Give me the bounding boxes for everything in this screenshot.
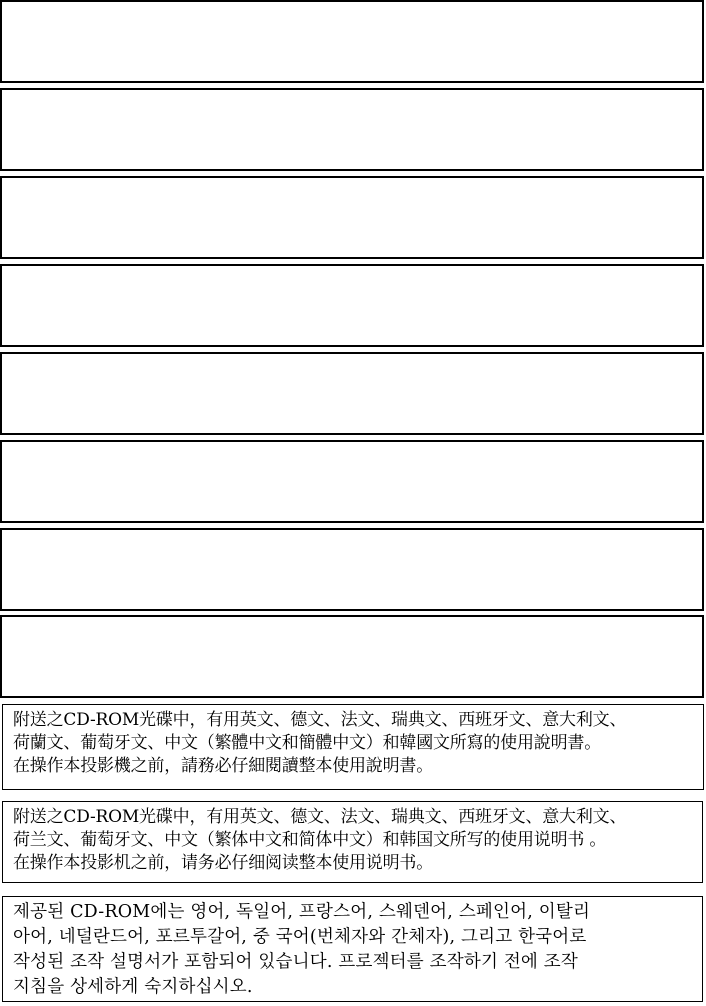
empty-box-6	[0, 440, 704, 523]
notice-line: 지침을 상세하게 숙지하십시오.	[13, 975, 702, 1000]
notice-line: 제공된 CD-ROM에는 영어, 독일어, 프랑스어, 스웨덴어, 스페인어, …	[13, 900, 702, 925]
notice-line: 荷兰文、葡萄牙文、中文（繁体中文和简体中文）和韩国文所写的使用说明书 。	[13, 829, 702, 852]
notice-line: 荷蘭文、葡萄牙文、中文（繁體中文和簡體中文）和韓國文所寫的使用說明書。	[13, 732, 703, 755]
empty-box-5	[0, 352, 704, 435]
empty-box-8	[0, 615, 704, 698]
notice-line: 아어, 네덜란드어, 포르투갈어, 중 국어(번체자와 간체자), 그리고 한국…	[13, 925, 702, 950]
notice-traditional-chinese: 附送之CD-ROM光碟中，有用英文、德文、法文、瑞典文、西班牙文、意大利文、 荷…	[2, 704, 704, 790]
notice-line: 附送之CD-ROM光碟中，有用英文、德文、法文、瑞典文、西班牙文、意大利文、	[13, 806, 702, 829]
notice-line: 在操作本投影机之前，请务必仔细阅读整本使用说明书。	[13, 852, 702, 875]
notice-simplified-chinese: 附送之CD-ROM光碟中，有用英文、德文、法文、瑞典文、西班牙文、意大利文、 荷…	[2, 801, 703, 883]
notice-line: 작성된 조작 설명서가 포함되어 있습니다. 프로젝터를 조작하기 전에 조작	[13, 950, 702, 975]
notice-line: 附送之CD-ROM光碟中，有用英文、德文、法文、瑞典文、西班牙文、意大利文、	[13, 709, 703, 732]
notice-line: 在操作本投影機之前，請務必仔細閱讀整本使用說明書。	[13, 755, 703, 778]
empty-box-3	[0, 176, 704, 259]
empty-box-4	[0, 264, 704, 347]
empty-box-7	[0, 528, 704, 611]
notice-korean: 제공된 CD-ROM에는 영어, 독일어, 프랑스어, 스웨덴어, 스페인어, …	[2, 896, 703, 1002]
empty-box-2	[0, 88, 704, 171]
empty-box-1	[0, 0, 704, 83]
